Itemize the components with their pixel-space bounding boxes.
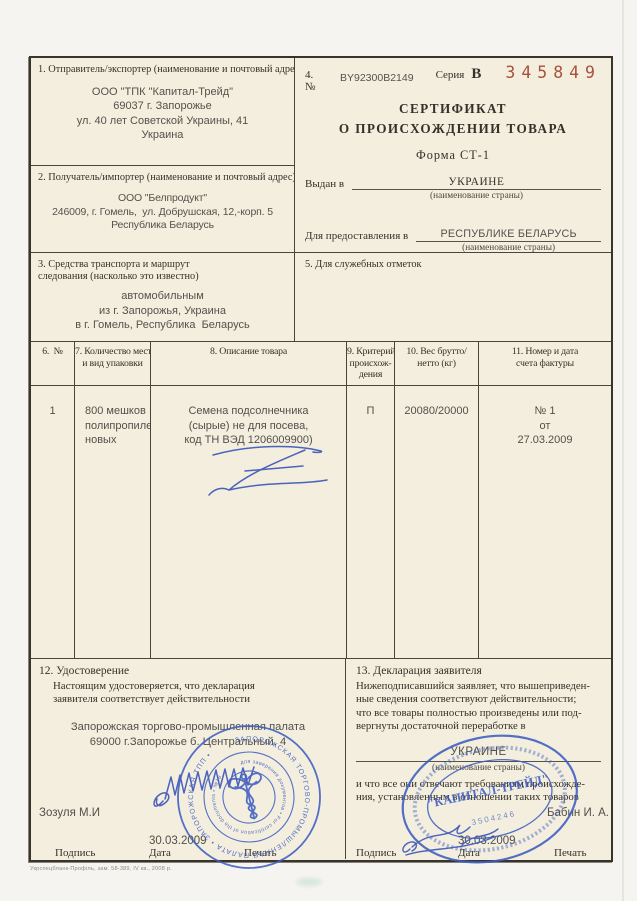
presented-to-label: Для предоставления в <box>305 228 408 242</box>
cell-origin-criterion: П <box>347 386 395 658</box>
exporter-label: 1. Отправитель/экспортер (наименование и… <box>38 64 287 76</box>
certification-label: 12. Удостоверение <box>39 665 337 677</box>
issued-in-value: УКРАИНЕ <box>352 176 601 190</box>
box-5-official-marks: 5. Для служебных отметок <box>295 253 611 341</box>
bottom-section: 12. Удостоверение Настоящим удостоверяет… <box>31 659 611 859</box>
certificate-title: СЕРТИФИКАТ О ПРОИСХОЖДЕНИИ ТОВАРА <box>305 99 601 140</box>
header-weight: 10. Вес брутто/ нетто (кг) <box>395 342 479 385</box>
header-item-no: 6. № <box>31 342 75 385</box>
box-2-importer: 2. Получатель/импортер (наименование и п… <box>31 166 294 253</box>
issued-in-row: Выдан в УКРАИНЕ (наименование страны) <box>305 176 601 201</box>
presented-country-hint: (наименование страны) <box>416 242 601 253</box>
header-packages: 7. Количество мест и вид упаковки <box>75 342 151 385</box>
cell-description: Семена подсолнечника (сырые) не для посе… <box>151 386 347 658</box>
certificate-number: BY92300B2149 <box>340 72 414 84</box>
declaration-date: 30.03.2009 <box>458 835 516 847</box>
signature-caption: Подпись <box>55 847 95 859</box>
description-text: Семена подсолнечника (сырые) не для посе… <box>151 386 346 448</box>
issued-country-hint: (наименование страны) <box>352 190 601 201</box>
seal-caption-2: Печать <box>554 847 587 859</box>
box-3-transport: 3. Средства транспорта и маршрут следова… <box>31 253 294 341</box>
issued-in-label: Выдан в <box>305 176 344 190</box>
box-12-certification: 12. Удостоверение Настоящим удостоверяет… <box>31 659 346 859</box>
presented-to-value: РЕСПУБЛИКЕ БЕЛАРУСЬ <box>416 228 601 242</box>
transport-label: 3. Средства транспорта и маршрут следова… <box>38 259 287 283</box>
cell-invoice: № 1 от 27.03.2009 <box>479 386 611 658</box>
certifier-signature-scribble <box>149 761 271 817</box>
box-4-certificate-number: 4. № BY92300B2149 Серия В 345849 СЕРТИФИ… <box>295 58 611 253</box>
issued-in-line: УКРАИНЕ (наименование страны) <box>352 176 601 201</box>
presented-to-line: РЕСПУБЛИКЕ БЕЛАРУСЬ (наименование страны… <box>416 228 601 253</box>
number-label: 4. № <box>305 69 324 93</box>
header-invoice: 11. Номер и дата счета фактуры <box>479 342 611 385</box>
declaration-statement-2: и что все они отвечают требованиям проис… <box>356 778 601 805</box>
transport-value: автомобильным из г. Запорожья, Украина в… <box>38 289 287 332</box>
declaration-country-line: УКРАИНЕ <box>356 742 601 762</box>
goods-table-header: 6. № 7. Количество мест и вид упаковки 8… <box>31 342 611 386</box>
goods-table-row: 1 800 мешков полипропиле- новых Семена п… <box>31 386 611 658</box>
declaration-country-hint: (наименование страны) <box>356 763 601 773</box>
handwritten-z-mark <box>201 442 331 504</box>
cell-weight: 20080/20000 <box>395 386 479 658</box>
box-1-exporter: 1. Отправитель/экспортер (наименование и… <box>31 58 294 166</box>
importer-value: ООО "Белпродукт" 246009, г. Гомель, ул. … <box>38 192 287 233</box>
certification-statement: Настоящим удостоверяется, что декларация… <box>53 680 337 707</box>
declaration-label: 13. Декларация заявителя <box>356 665 601 677</box>
certification-date: 30.03.2009 <box>149 835 207 847</box>
serial-number: 345849 <box>505 63 601 82</box>
top-section: 1. Отправитель/экспортер (наименование и… <box>31 58 611 342</box>
scan-smudge <box>296 878 322 886</box>
cell-packages: 800 мешков полипропиле- новых <box>75 386 151 658</box>
official-marks-label: 5. Для служебных отметок <box>305 259 601 271</box>
caduceus-icon <box>227 770 270 822</box>
declaration-statement: Нижеподписавшийся заявляет, что вышеприв… <box>356 680 601 734</box>
exporter-value: ООО "ТПК "Капитал-Трейд" 69037 г. Запоро… <box>38 85 287 142</box>
number-row: 4. № BY92300B2149 Серия В 345849 <box>305 63 601 93</box>
declaration-country: УКРАИНЕ <box>450 746 506 758</box>
form-name: Форма СТ-1 <box>305 148 601 163</box>
print-shop-imprint: Укрспецбланк-Профіль, зам. 58-389, IV кв… <box>30 866 172 872</box>
header-origin-criterion: 9. Критерий происхож- дения <box>347 342 395 385</box>
box-13-declaration: 13. Декларация заявителя Нижеподписавший… <box>346 659 611 859</box>
certificate-form: 1. Отправитель/экспортер (наименование и… <box>29 56 613 862</box>
certifier-name: Зозуля М.И <box>39 807 100 819</box>
seal-inner-ring-text: для заверения документов • For certifica… <box>203 751 295 843</box>
chamber-name-address: Запорожская торгово-промышленная палата … <box>39 720 337 749</box>
right-column: 4. № BY92300B2149 Серия В 345849 СЕРТИФИ… <box>295 58 611 341</box>
left-column: 1. Отправитель/экспортер (наименование и… <box>31 58 295 341</box>
header-description: 8. Описание товара <box>151 342 347 385</box>
seal-caption: Печать <box>244 847 277 859</box>
title-line-2: О ПРОИСХОЖДЕНИИ ТОВАРА <box>339 121 567 136</box>
svg-text:для заверения документов • F: для заверения документов • For certifica… <box>203 751 295 843</box>
stamp-number: 3504246 <box>471 809 517 827</box>
declarant-name: Бабин И. А. <box>547 807 609 819</box>
importer-label: 2. Получатель/импортер (наименование и п… <box>38 172 287 184</box>
series-label: Серия <box>436 69 465 81</box>
signature-caption-2: Подпись <box>356 847 396 859</box>
title-line-1: СЕРТИФИКАТ <box>399 101 507 116</box>
date-caption: Дата <box>149 847 171 859</box>
scan-edge-shadow <box>622 0 624 901</box>
goods-table: 6. № 7. Количество мест и вид упаковки 8… <box>31 342 611 659</box>
cell-item-no: 1 <box>31 386 75 658</box>
date-caption-2: Дата <box>458 847 480 859</box>
series-letter: В <box>471 66 481 83</box>
presented-to-row: Для предоставления в РЕСПУБЛИКЕ БЕЛАРУСЬ… <box>305 228 601 253</box>
